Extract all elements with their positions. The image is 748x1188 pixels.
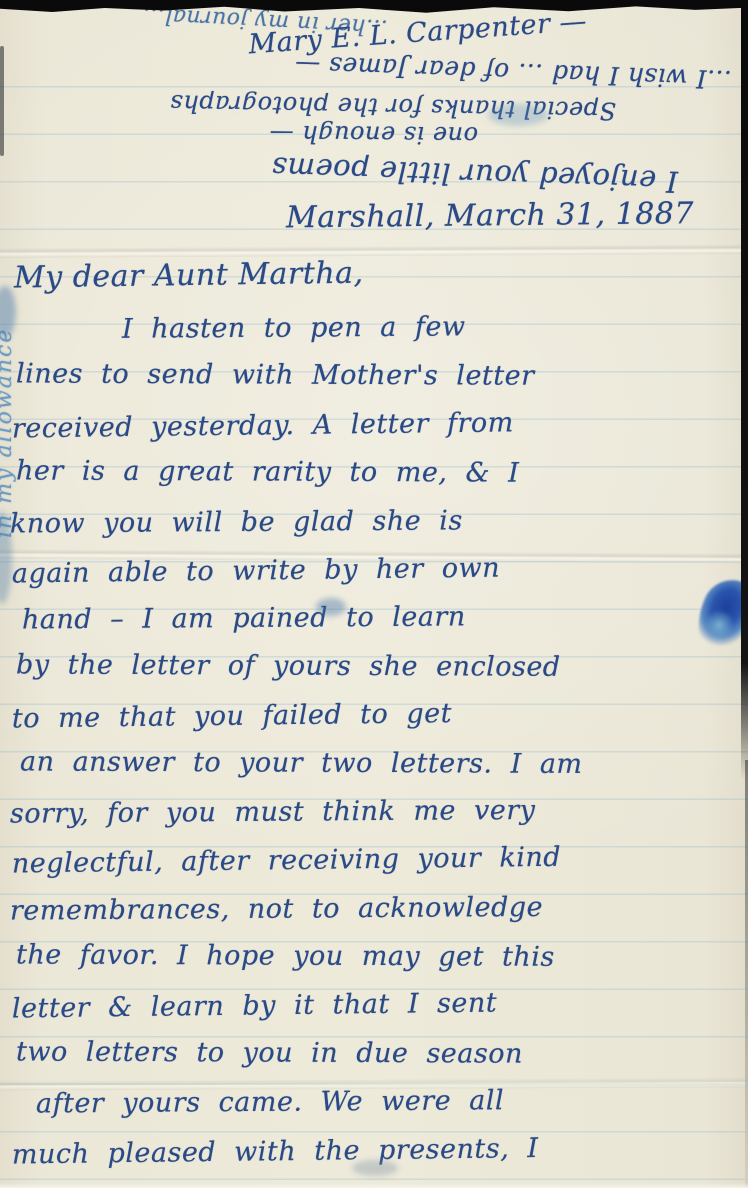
letter-line: again able to write by her own <box>12 550 741 607</box>
dateline: Marshall, March 31, 1887 <box>286 196 741 236</box>
inverted-line: one is enough — <box>128 118 478 149</box>
letter-line: received yesterday. A letter from <box>12 404 741 461</box>
scan-edge-right <box>741 0 748 780</box>
letter-line: her is a great rarity to me, & I <box>16 456 740 508</box>
letter-line: I hasten to pen a few <box>10 309 740 362</box>
letter-line: two letters to you in due season <box>16 1036 740 1088</box>
scan-edge-bottom <box>0 1183 748 1188</box>
letter-line: to me that you failed to get <box>12 695 741 752</box>
letter-line: neglectful, after receiving your kind <box>12 840 741 897</box>
salutation: My dear Aunt Martha, <box>14 256 364 296</box>
letter-body: I hasten to pen a few lines to send with… <box>10 312 740 1183</box>
letter-line: know you will be glad she is <box>10 503 740 556</box>
letter-line: letter & learn by it that I sent <box>12 985 741 1042</box>
letter-line: lines to send with Mother's letter <box>16 359 740 411</box>
letter-line: remembrances, not to acknowledge <box>10 890 740 943</box>
letter-line: an answer to your two letters. I am <box>20 746 740 798</box>
scan-edge-left <box>0 46 4 156</box>
inverted-line: …I wish I had … of dear James — <box>82 43 733 95</box>
letter-line: sorry, for you must think me very <box>10 793 740 846</box>
letter-line: after yours came. We were all <box>36 1084 740 1137</box>
letter-scan-page: …her in my journal… Mary E. L. Carpenter… <box>0 0 748 1188</box>
fold-crease <box>0 244 748 258</box>
letter-line: by the letter of yours she enclosed <box>16 649 740 701</box>
letter-line: much pleased with the presents, I <box>12 1130 741 1187</box>
inverted-line: I enjoyed your little poems <box>58 143 679 199</box>
letter-line: hand – I am pained to learn <box>22 600 740 653</box>
letter-line: the favor. I hope you may get this <box>16 939 740 991</box>
